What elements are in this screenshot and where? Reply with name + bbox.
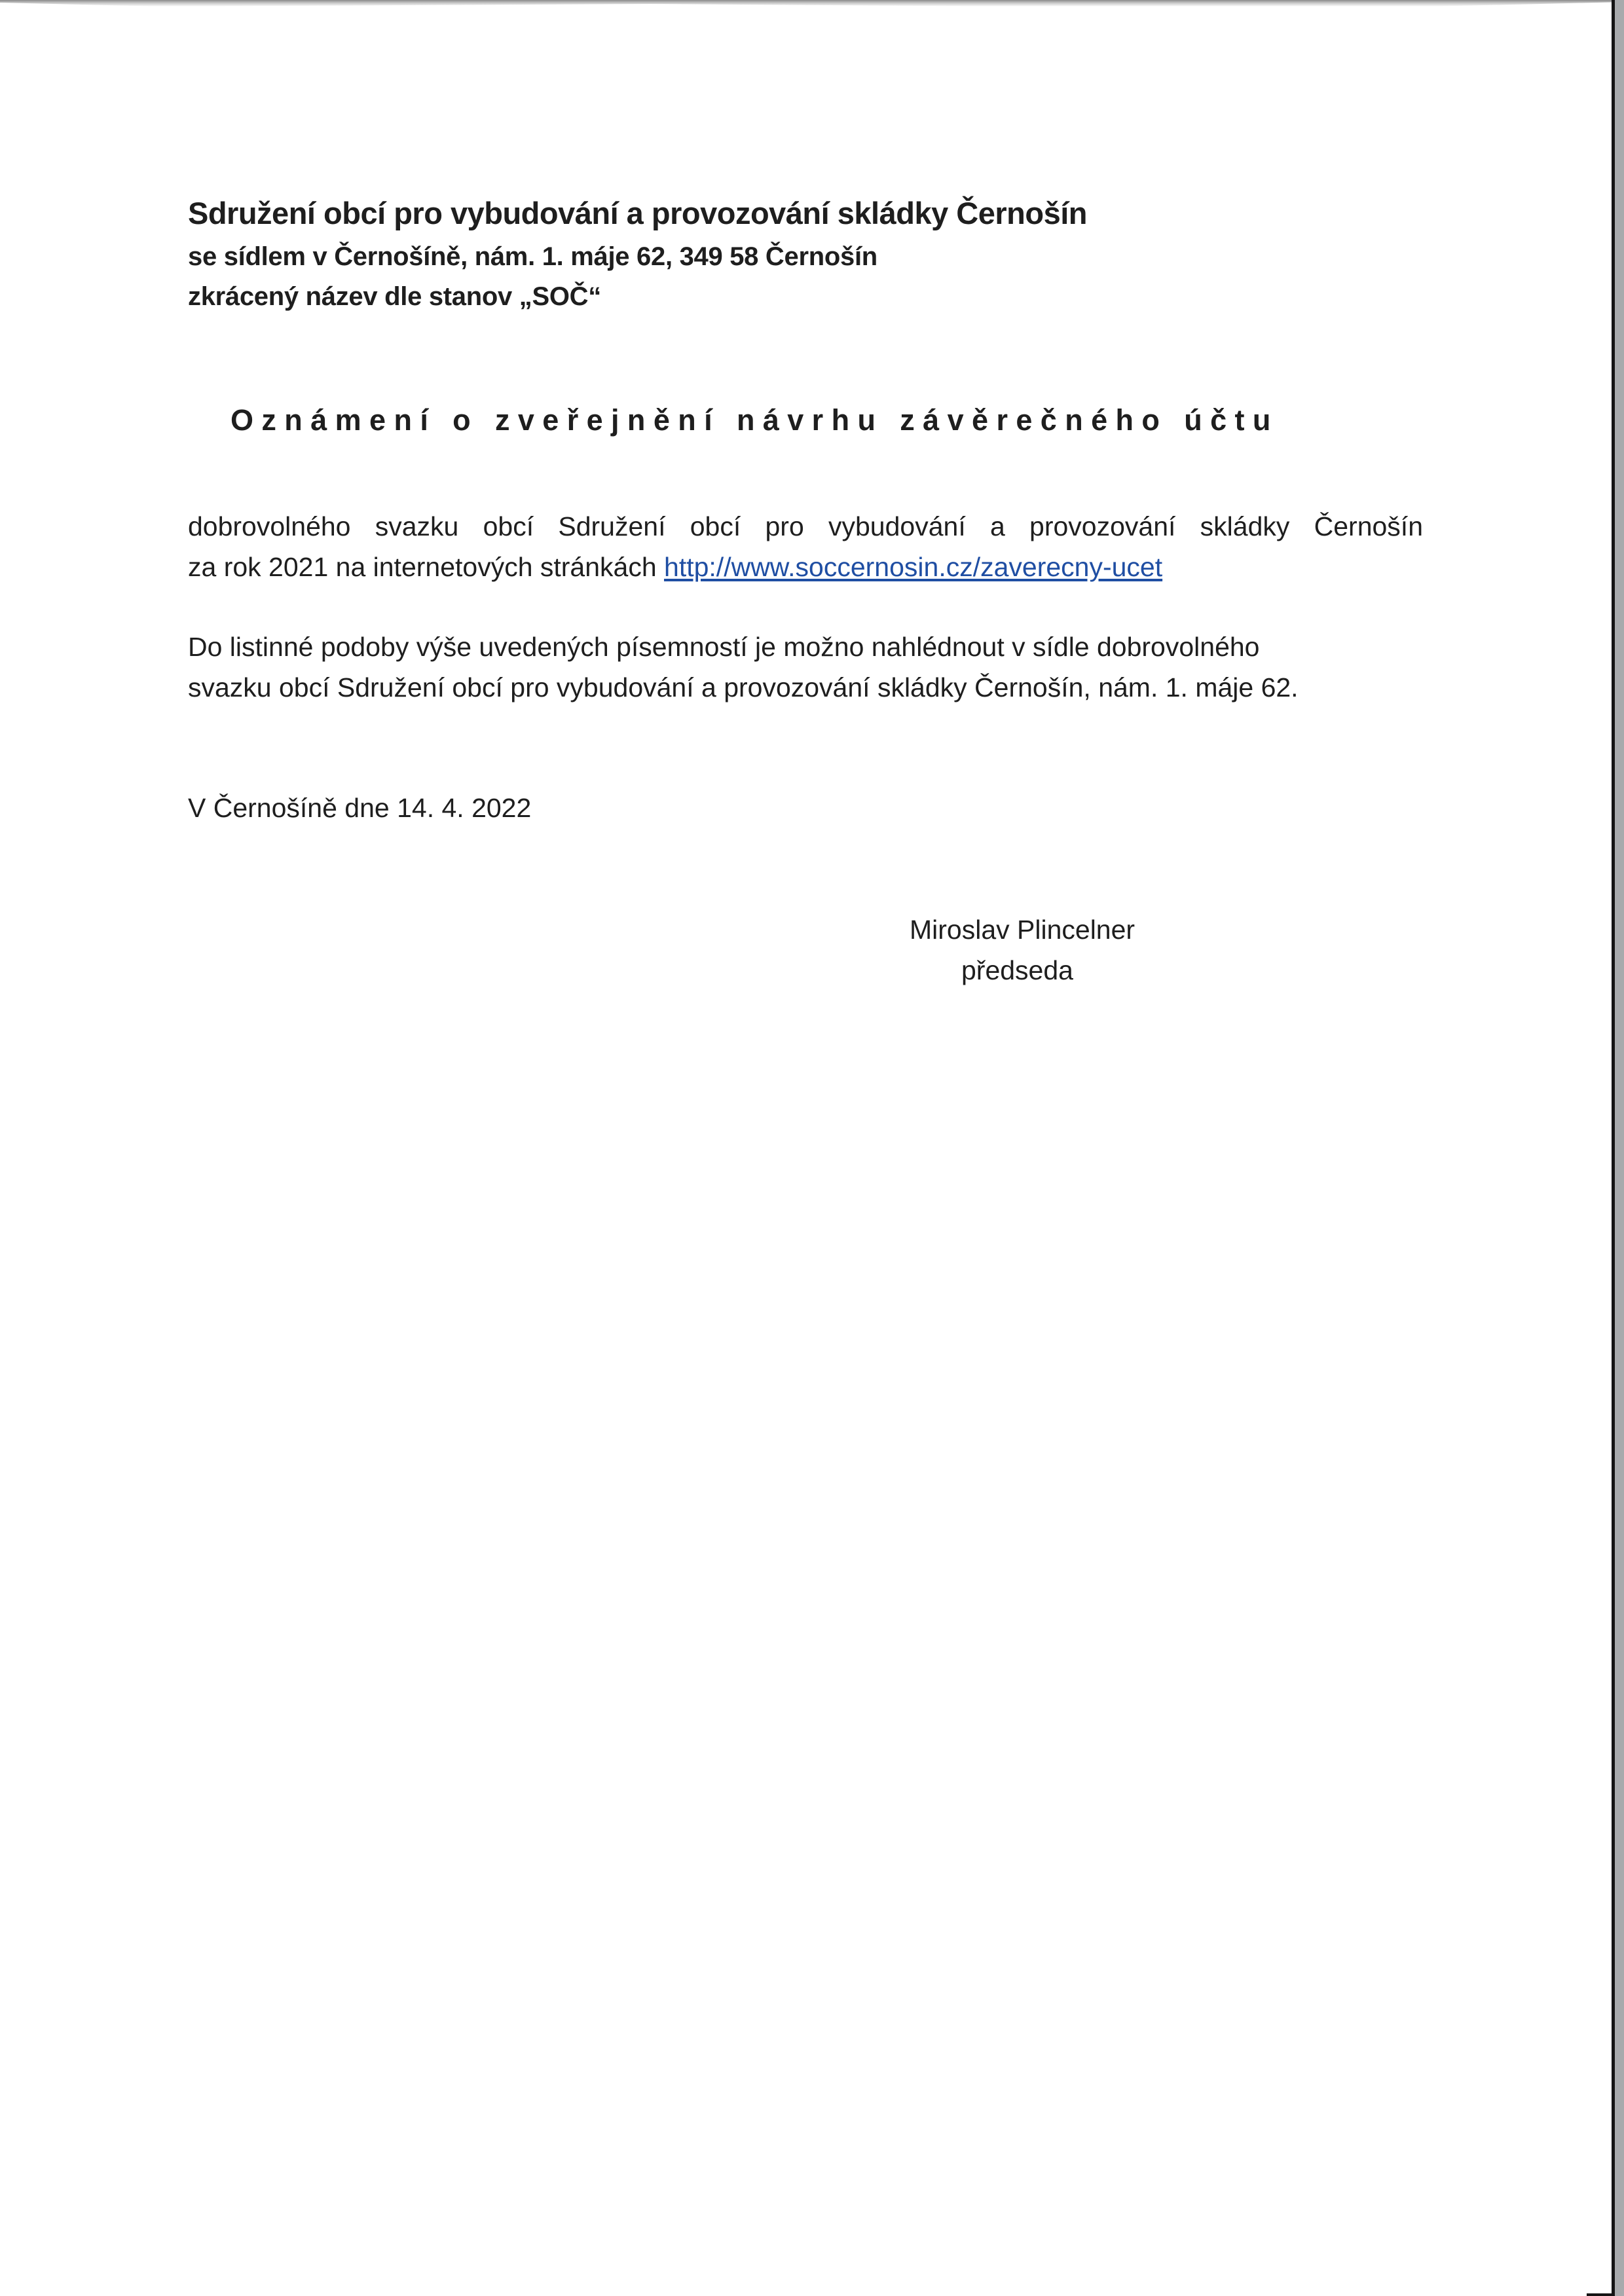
organization-address: se sídlem v Černošíně, nám. 1. máje 62, … <box>188 240 877 273</box>
signatory-name: Miroslav Plincelner <box>910 910 1135 949</box>
document-title: Oznámení o zveřejnění návrhu závěrečného… <box>231 401 1279 440</box>
paragraph-1-line-2-text: za rok 2021 na internetových stránkách <box>188 552 664 582</box>
scan-right-edge <box>1615 0 1624 2296</box>
organization-name: Sdružení obcí pro vybudování a provozová… <box>188 194 1087 233</box>
paragraph-2-line-2: svazku obcí Sdružení obcí pro vybudování… <box>188 668 1299 707</box>
final-account-link[interactable]: http://www.soccernosin.cz/zaverecny-ucet <box>664 552 1162 582</box>
paragraph-2-line-1: Do listinné podoby výše uvedených písemn… <box>188 627 1259 666</box>
document-page: Sdružení obcí pro vybudování a provozová… <box>0 0 1598 2296</box>
organization-short-name: zkrácený název dle stanov „SOČ“ <box>188 280 601 313</box>
signatory-role: předseda <box>961 951 1073 990</box>
place-and-date: V Černošíně dne 14. 4. 2022 <box>188 788 531 828</box>
paragraph-1-line-2: za rok 2021 na internetových stránkách h… <box>188 547 1162 587</box>
paragraph-1-line-1: dobrovolného svazku obcí Sdružení obcí p… <box>188 507 1423 546</box>
